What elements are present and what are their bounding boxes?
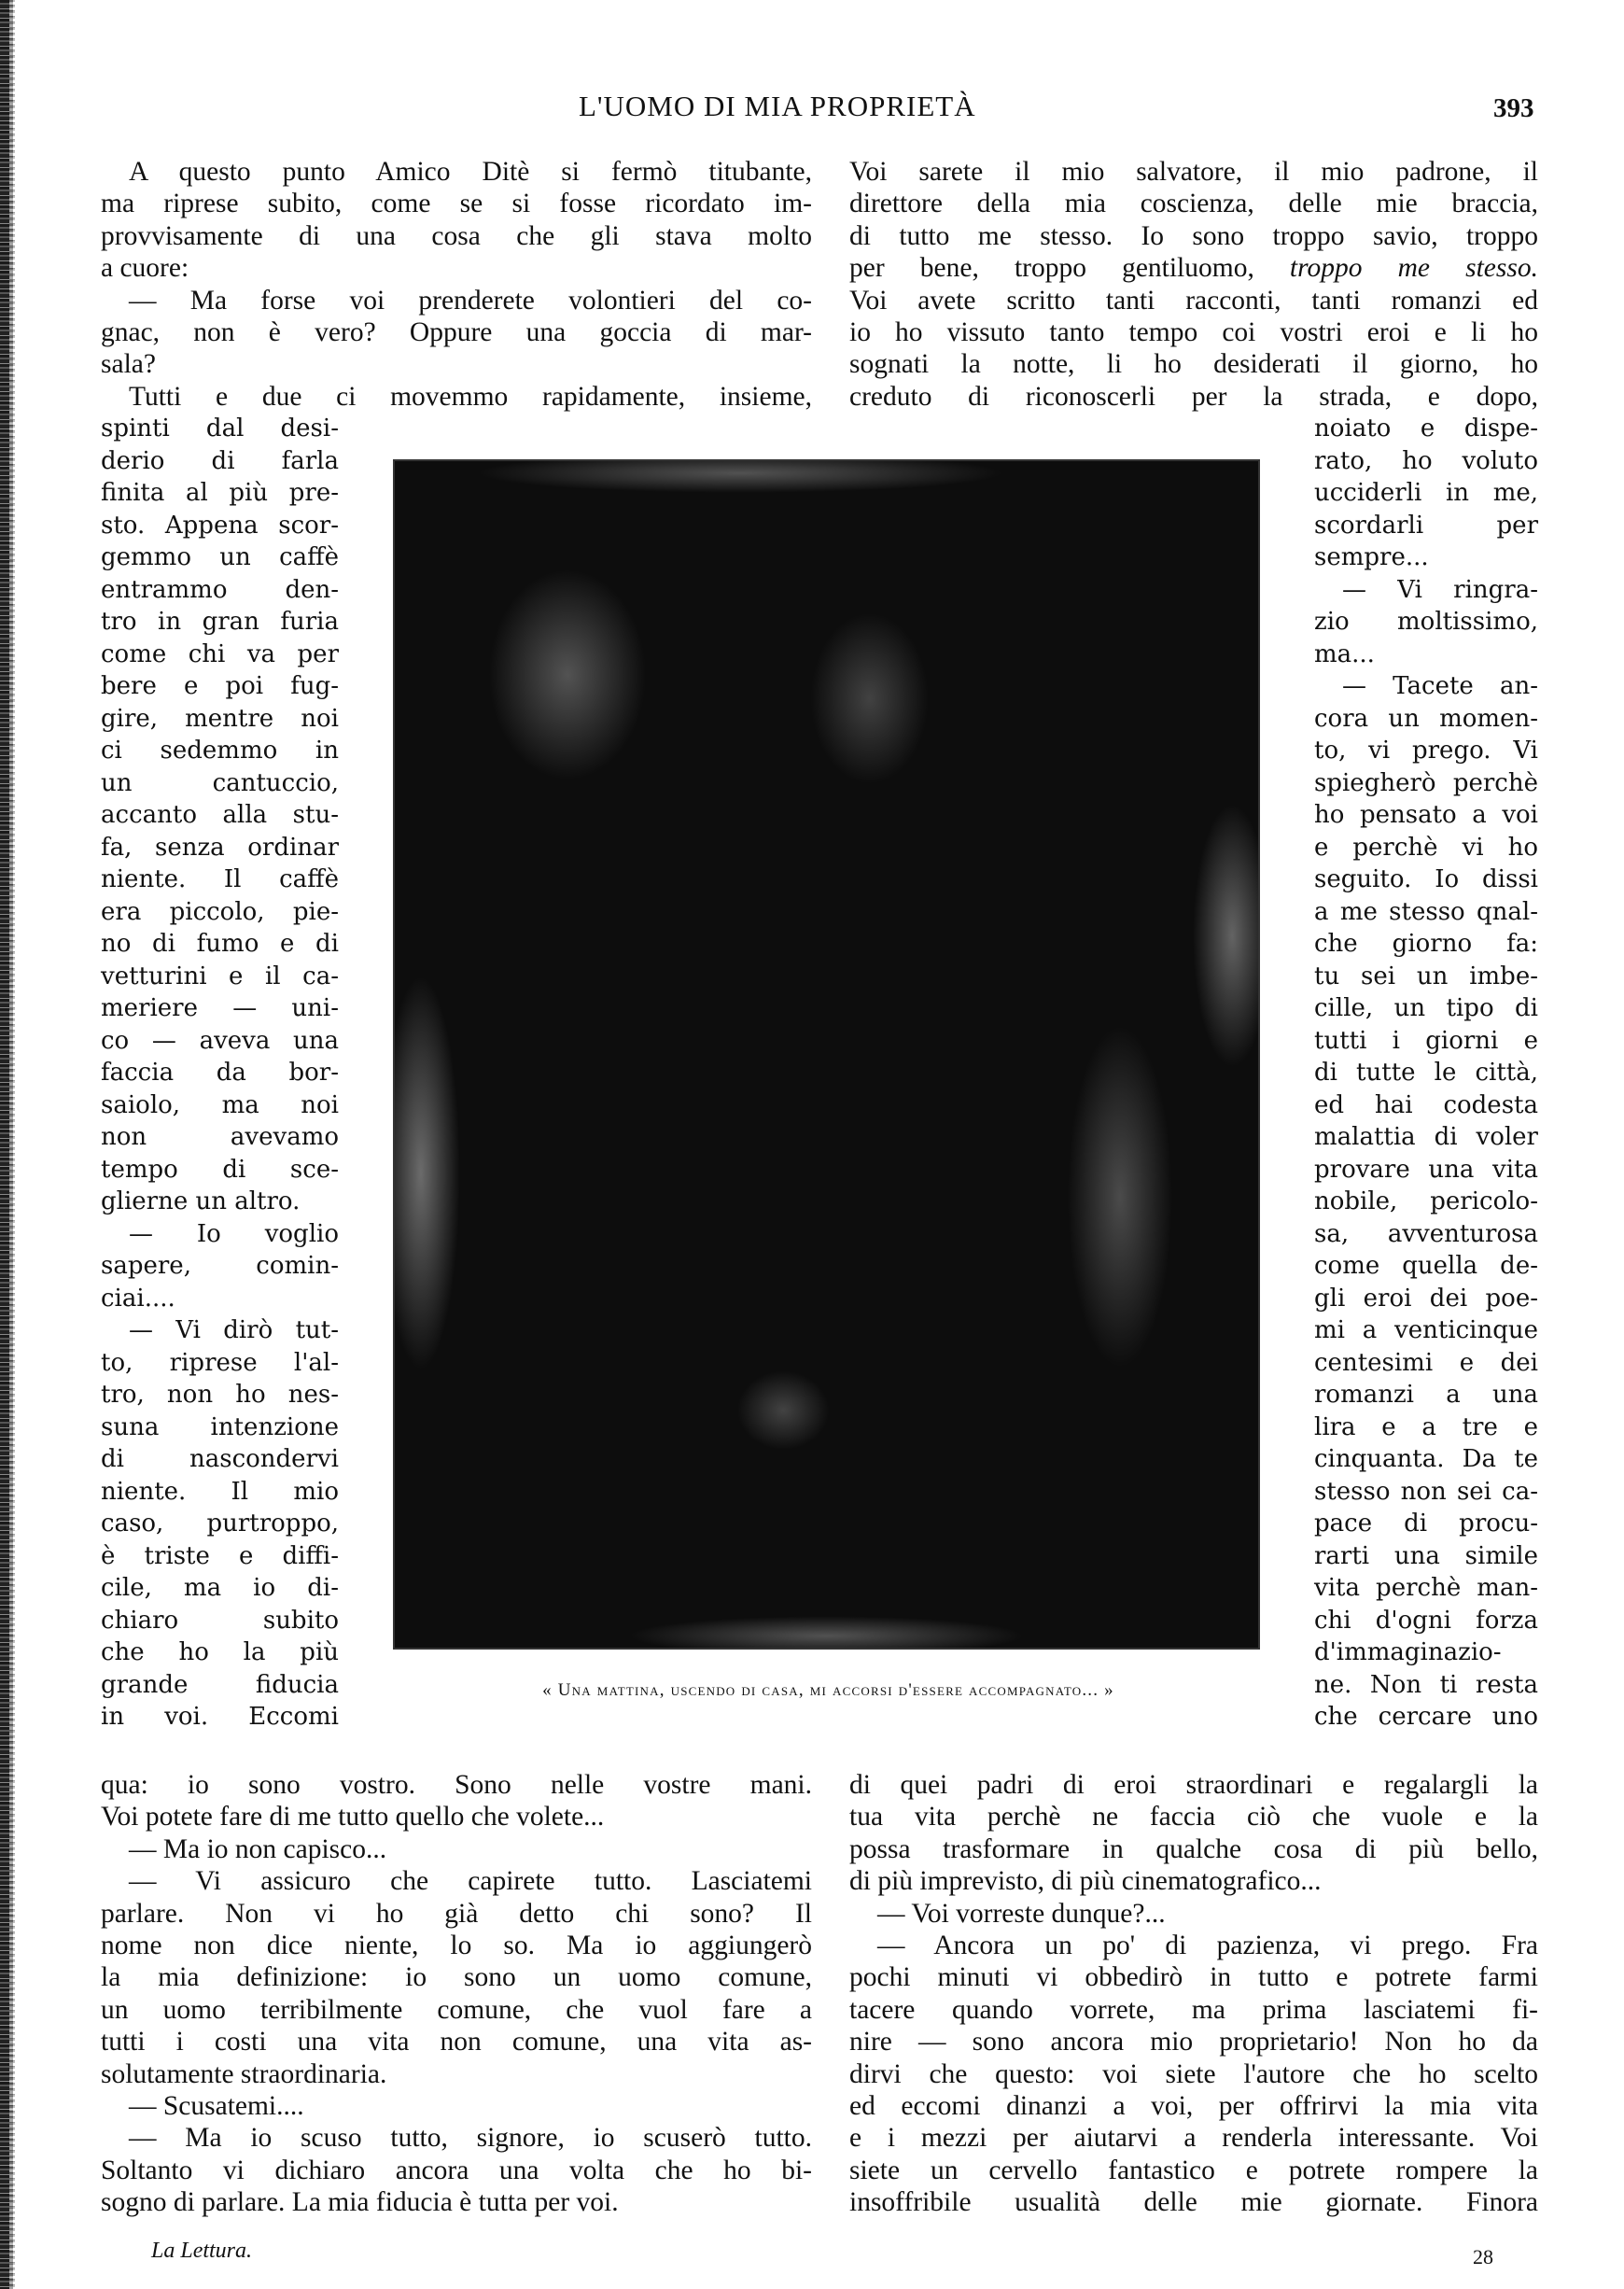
text-line: nire — sono ancora mio proprietario! Non…: [849, 2026, 1538, 2057]
text-line: spiegherò perchè: [1314, 767, 1538, 799]
text-line: chi d'ogni forza: [1314, 1605, 1538, 1636]
text-line: seguito. Io dissi: [1314, 864, 1538, 895]
text-line: rarti una simile: [1314, 1540, 1538, 1572]
text-line: noiato e dispe-: [1314, 413, 1538, 444]
text-line: a cuore:: [101, 252, 812, 284]
text-line: niente. Il mio: [101, 1476, 339, 1508]
text-line: come chi va per: [101, 639, 339, 670]
text-line: vetturini e il ca-: [101, 961, 339, 992]
text-line: sapere, comin-: [101, 1250, 339, 1282]
text-line: gnac, non è vero? Oppure una goccia di m…: [101, 316, 812, 348]
text-line: di tutto me stesso. Io sono troppo savio…: [849, 220, 1538, 252]
text-line: sognati la notte, li ho desiderati il gi…: [849, 348, 1538, 380]
text-line: to, vi prego. Vi: [1314, 735, 1538, 766]
text-line: ma riprese subito, come se si fosse rico…: [101, 188, 812, 219]
text-line: siete un cervello fantastico e potrete r…: [849, 2155, 1538, 2186]
text-line: fa, senza ordinar: [101, 832, 339, 864]
text-line: di tutte le città,: [1314, 1057, 1538, 1088]
text-line: sa, avventurosa: [1314, 1218, 1538, 1250]
text-line: ucciderli in me,: [1314, 477, 1538, 509]
illustration-image: [393, 459, 1260, 1650]
text-line: Voi avete scritto tanti racconti, tanti …: [849, 285, 1538, 316]
text-line: scordarli per: [1314, 510, 1538, 541]
text-line: per bene, troppo gentiluomo, troppo me s…: [849, 252, 1538, 284]
text-line: tro, non ho nes-: [101, 1379, 339, 1411]
text-line: — Io voglio: [129, 1218, 339, 1250]
text-line: d'immaginazio-: [1314, 1636, 1538, 1668]
text-line: gemmo un caffè: [101, 541, 339, 573]
text-line: co — aveva una: [101, 1025, 339, 1057]
text-line: no di fumo e di: [101, 928, 339, 960]
text-line: tempo di sce-: [101, 1154, 339, 1186]
text-line: — Ma forse voi prenderete volontieri del…: [129, 285, 812, 316]
text-line: di quei padri di eroi straordinari e reg…: [849, 1769, 1538, 1801]
text-line: provare una vita: [1314, 1154, 1538, 1186]
binding-edge: [0, 0, 13, 2289]
text-line: ed hai codesta: [1314, 1089, 1538, 1121]
text-line: cile, ma io di-: [101, 1572, 339, 1604]
text-line: gire, mentre noi: [101, 703, 339, 735]
text-line: cille, un tipo di: [1314, 992, 1538, 1024]
text-line: — Voi vorreste dunque?...: [877, 1898, 1538, 1930]
text-line: che ho la più: [101, 1636, 339, 1668]
text-line: un uomo terribilmente comune, che vuol f…: [101, 1994, 812, 2026]
text-line: di nascondervi: [101, 1443, 339, 1475]
text-line: ciai....: [101, 1283, 339, 1314]
text-line: sala?: [101, 348, 812, 380]
text-line: — Tacete an-: [1342, 670, 1538, 702]
text-line: che giorno fa:: [1314, 928, 1538, 960]
text-line: Voi potete fare di me tutto quello che v…: [101, 1801, 812, 1833]
text-line: niente. Il caffè: [101, 864, 339, 895]
text-line: tu sei un imbe-: [1314, 961, 1538, 992]
text-line: accanto alla stu-: [101, 799, 339, 831]
text-line: — Ma io non capisco...: [129, 1833, 812, 1865]
text-line: — Ma io scuso tutto, signore, io scuserò…: [129, 2122, 812, 2154]
text-line: sto. Appena scor-: [101, 510, 339, 541]
text-line: insoffribile usualità delle mie giornate…: [849, 2186, 1538, 2218]
text-line: — Scusatemi....: [129, 2090, 812, 2122]
text-line: vita perchè man-: [1314, 1572, 1538, 1604]
text-line: — Ancora un po' di pazienza, vi prego. F…: [877, 1930, 1538, 1961]
text-line: spinti dal desi-: [101, 413, 339, 444]
text-line: meriere — uni-: [101, 992, 339, 1024]
text-line: gli eroi dei poe-: [1314, 1283, 1538, 1314]
text-line: saiolo, ma noi: [101, 1089, 339, 1121]
text-line: a me stesso qnal-: [1314, 896, 1538, 928]
text-line: era piccolo, pie-: [101, 896, 339, 928]
text-line: è triste e diffi-: [101, 1540, 339, 1572]
text-line: centesimi e dei: [1314, 1347, 1538, 1379]
text-line: sempre...: [1314, 541, 1538, 573]
text-line: faccia da bor-: [101, 1057, 339, 1088]
journal-name: La Lettura.: [151, 2239, 252, 2264]
text-line: la mia definizione: io sono un uomo comu…: [101, 1961, 812, 1993]
text-line: nobile, pericolo-: [1314, 1186, 1538, 1217]
text-line: caso, purtroppo,: [101, 1508, 339, 1539]
text-line: pace di procu-: [1314, 1508, 1538, 1539]
text-line: tutti i giorni e: [1314, 1025, 1538, 1057]
text-line: cora un momen-: [1314, 703, 1538, 735]
text-line: ho pensato a voi: [1314, 799, 1538, 831]
text-line: — Vi assicuro che capirete tutto. Lascia…: [129, 1865, 812, 1897]
text-line: glierne un altro.: [101, 1186, 339, 1217]
signature-mark: 28: [1473, 2245, 1493, 2269]
text-line: Voi sarete il mio salvatore, il mio padr…: [849, 156, 1538, 188]
text-line: nome non dice niente, lo so. Ma io aggiu…: [101, 1930, 812, 1961]
text-line: bere e poi fug-: [101, 670, 339, 702]
text-line: io ho vissuto tanto tempo coi vostri ero…: [849, 316, 1538, 348]
text-line: entrammo den-: [101, 574, 339, 606]
text-line: ma...: [1314, 639, 1538, 670]
text-line: provvisamente di una cosa che gli stava …: [101, 220, 812, 252]
text-line: tua vita perchè ne faccia ciò che vuole …: [849, 1801, 1538, 1833]
text-line: malattia di voler: [1314, 1121, 1538, 1153]
text-line: suna intenzione: [101, 1411, 339, 1443]
text-line: cinquanta. Da te: [1314, 1443, 1538, 1475]
text-line: mi a venticinque: [1314, 1314, 1538, 1346]
text-line: lira e a tre e: [1314, 1411, 1538, 1443]
text-line: to, riprese l'al-: [101, 1347, 339, 1379]
text-line: Tutti e due ci movemmo rapidamente, insi…: [129, 381, 812, 413]
text-line: parlare. Non vi ho già detto chi sono? I…: [101, 1898, 812, 1930]
text-line: e i mezzi per aiutarvi a renderla intere…: [849, 2122, 1538, 2154]
text-line: che cercare uno: [1314, 1701, 1538, 1733]
text-line: come quella de-: [1314, 1250, 1538, 1282]
text-line: stesso non sei ca-: [1314, 1476, 1538, 1508]
page-number: 393: [1493, 93, 1534, 124]
text-line: ci sedemmo in: [101, 735, 339, 766]
text-line: romanzi a una: [1314, 1379, 1538, 1411]
text-line: non avevamo: [101, 1121, 339, 1153]
text-line: derio di farla: [101, 445, 339, 477]
text-line: ed eccomi dinanzi a voi, per offrirvi la…: [849, 2090, 1538, 2122]
text-line: finita al più pre-: [101, 477, 339, 509]
text-line: Soltanto vi dichiaro ancora una volta ch…: [101, 2155, 812, 2186]
text-line: rato, ho voluto: [1314, 445, 1538, 477]
text-line: sogno di parlare. La mia fiducia è tutta…: [101, 2186, 812, 2218]
text-line: A questo punto Amico Ditè si fermò titub…: [129, 156, 812, 188]
text-line: possa trasformare in qualche cosa di più…: [849, 1833, 1538, 1865]
running-title: L'UOMO DI MIA PROPRIETÀ: [579, 90, 976, 123]
text-line: grande fiducia: [101, 1669, 339, 1701]
text-line: — Vi ringra-: [1342, 574, 1538, 606]
text-line: tutti i costi una vita non comune, una v…: [101, 2026, 812, 2057]
text-line: in voi. Eccomi: [101, 1701, 339, 1733]
text-line: e perchè vi ho: [1314, 832, 1538, 864]
text-line: di più imprevisto, di più cinematografic…: [849, 1865, 1538, 1897]
text-line: — Vi dirò tut-: [129, 1314, 339, 1346]
text-line: tacere quando vorrete, ma prima lasciate…: [849, 1994, 1538, 2026]
text-line: qua: io sono vostro. Sono nelle vostre m…: [101, 1769, 812, 1801]
illustration-caption: « Una mattina, uscendo di casa, mi accor…: [392, 1680, 1265, 1701]
text-line: un cantuccio,: [101, 767, 339, 799]
text-line: pochi minuti vi obbedirò in tutto e potr…: [849, 1961, 1538, 1993]
text-line: solutamente straordinaria.: [101, 2058, 812, 2090]
text-line: dirvi che questo: voi siete l'autore che…: [849, 2058, 1538, 2090]
text-line: direttore della mia coscienza, delle mie…: [849, 188, 1538, 219]
text-line: ne. Non ti resta: [1314, 1669, 1538, 1701]
text-line: zio moltissimo,: [1314, 606, 1538, 638]
italic-emphasis: troppo me stesso.: [1254, 253, 1538, 283]
text-line: chiaro subito: [101, 1605, 339, 1636]
text-line: creduto di riconoscerli per la strada, e…: [849, 381, 1538, 413]
text-line: tro in gran furia: [101, 606, 339, 638]
